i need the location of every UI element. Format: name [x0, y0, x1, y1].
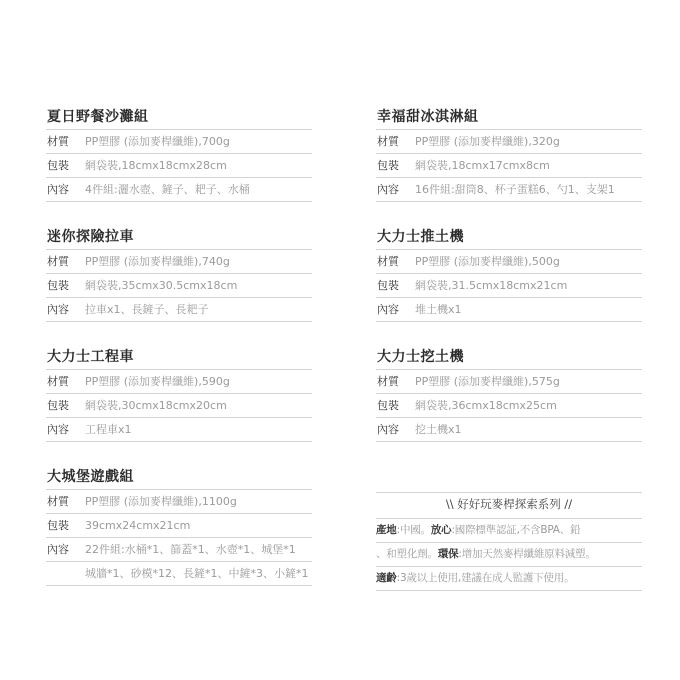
- product-title: 幸福甜冰淇淋組: [376, 108, 642, 126]
- origin-label: 產地: [376, 524, 397, 536]
- content-label: 內容: [46, 298, 85, 321]
- safe-value-cont: 、和塑化劑。: [376, 548, 438, 560]
- product-card-castle: 大城堡遊戲組 材質PP塑膠 (添加麥桿纖維),1100g 包裝39cmx24cm…: [46, 468, 312, 586]
- age-value: :3歲以上使用,建議在成人監護下使用。: [397, 572, 575, 584]
- package-row: 包裝網袋裝,36cmx18cmx25cm: [376, 393, 642, 417]
- content-value: 工程車x1: [85, 423, 132, 436]
- product-title: 大力士推土機: [376, 228, 642, 246]
- eco-label: 環保: [438, 548, 459, 560]
- product-card-ice-cream: 幸福甜冰淇淋組 材質PP塑膠 (添加麥桿纖維),320g 包裝網袋裝,18cmx…: [376, 108, 642, 202]
- package-label: 包裝: [46, 154, 85, 177]
- content-row: 內容4件組:灑水壺、鏟子、耙子、水桶: [46, 177, 312, 202]
- material-row: 材質PP塑膠 (添加麥桿纖維),740g: [46, 249, 312, 273]
- content-label: 內容: [376, 298, 415, 321]
- material-value: PP塑膠 (添加麥桿纖維),575g: [415, 375, 560, 388]
- package-value: 網袋裝,31.5cmx18cmx21cm: [415, 279, 567, 292]
- material-label: 材質: [46, 130, 85, 153]
- material-label: 材質: [376, 370, 415, 393]
- package-value: 網袋裝,18cmx17cmx8cm: [415, 159, 550, 172]
- product-title: 大力士工程車: [46, 348, 312, 366]
- content-row: 內容堆土機x1: [376, 297, 642, 322]
- product-title: 夏日野餐沙灘組: [46, 108, 312, 126]
- content-value: 挖土機x1: [415, 423, 462, 436]
- series-info: \\ 好好玩麥桿探索系列 // 產地:中國。放心:國際標準認証,不含BPA、鉛 …: [376, 492, 642, 591]
- eco-value: :增加天然麥桿纖維原料減塑。: [458, 548, 595, 560]
- material-value: PP塑膠 (添加麥桿纖維),500g: [415, 255, 560, 268]
- material-value: PP塑膠 (添加麥桿纖維),1100g: [85, 495, 237, 508]
- material-label: 材質: [376, 130, 415, 153]
- material-label: 材質: [46, 490, 85, 513]
- content-row: 內容工程車x1: [46, 417, 312, 442]
- material-row: 材質PP塑膠 (添加麥桿纖維),700g: [46, 129, 312, 153]
- material-label: 材質: [46, 370, 85, 393]
- content-label: 內容: [46, 418, 85, 441]
- content-value: 拉車x1、長鏟子、長耙子: [85, 303, 209, 316]
- content-row: 內容拉車x1、長鏟子、長耙子: [46, 297, 312, 322]
- material-label: 材質: [46, 250, 85, 273]
- package-label: 包裝: [46, 394, 85, 417]
- content-value: 4件組:灑水壺、鏟子、耙子、水桶: [85, 183, 250, 196]
- package-row: 包裝網袋裝,31.5cmx18cmx21cm: [376, 273, 642, 297]
- safe-value: :國際標準認証,不含BPA、鉛: [451, 524, 580, 536]
- content-label: 內容: [46, 178, 85, 201]
- package-value: 網袋裝,36cmx18cmx25cm: [415, 399, 557, 412]
- content-label: 內容: [376, 178, 415, 201]
- origin-row: 產地:中國。放心:國際標準認証,不含BPA、鉛: [376, 518, 642, 542]
- material-value: PP塑膠 (添加麥桿纖維),320g: [415, 135, 560, 148]
- package-value: 網袋裝,35cmx30.5cmx18cm: [85, 279, 237, 292]
- material-value: PP塑膠 (添加麥桿纖維),700g: [85, 135, 230, 148]
- material-row: 材質PP塑膠 (添加麥桿纖維),500g: [376, 249, 642, 273]
- material-label: 材質: [376, 250, 415, 273]
- age-row: 適齡:3歲以上使用,建議在成人監護下使用。: [376, 566, 642, 591]
- package-label: 包裝: [46, 514, 85, 537]
- material-row: 材質PP塑膠 (添加麥桿纖維),1100g: [46, 489, 312, 513]
- package-value: 網袋裝,30cmx18cmx20cm: [85, 399, 227, 412]
- package-value: 39cmx24cmx21cm: [85, 519, 190, 532]
- product-card-bulldozer: 大力士推土機 材質PP塑膠 (添加麥桿纖維),500g 包裝網袋裝,31.5cm…: [376, 228, 642, 322]
- package-label: 包裝: [376, 274, 415, 297]
- product-card-excavator: 大力士挖土機 材質PP塑膠 (添加麥桿纖維),575g 包裝網袋裝,36cmx1…: [376, 348, 642, 442]
- package-row: 包裝39cmx24cmx21cm: [46, 513, 312, 537]
- age-label: 適齡: [376, 572, 397, 584]
- origin-value: :中國。: [397, 524, 431, 536]
- content-label: 內容: [376, 418, 415, 441]
- product-card-summer-picnic: 夏日野餐沙灘組 材質PP塑膠 (添加麥桿纖維),700g 包裝網袋裝,18cmx…: [46, 108, 312, 202]
- package-row: 包裝網袋裝,35cmx30.5cmx18cm: [46, 273, 312, 297]
- product-card-truck: 大力士工程車 材質PP塑膠 (添加麥桿纖維),590g 包裝網袋裝,30cmx1…: [46, 348, 312, 442]
- safe-label: 放心: [431, 524, 452, 536]
- package-row: 包裝網袋裝,18cmx18cmx28cm: [46, 153, 312, 177]
- product-title: 迷你探險拉車: [46, 228, 312, 246]
- content-row: 內容16件組:甜筒8、杯子蛋糕6、勺1、支架1: [376, 177, 642, 202]
- material-row: 材質PP塑膠 (添加麥桿纖維),590g: [46, 369, 312, 393]
- material-value: PP塑膠 (添加麥桿纖維),740g: [85, 255, 230, 268]
- eco-row: 、和塑化劑。環保:增加天然麥桿纖維原料減塑。: [376, 542, 642, 566]
- package-label: 包裝: [376, 394, 415, 417]
- material-row: 材質PP塑膠 (添加麥桿纖維),575g: [376, 369, 642, 393]
- package-label: 包裝: [376, 154, 415, 177]
- package-label: 包裝: [46, 274, 85, 297]
- content-row: 內容挖土機x1: [376, 417, 642, 442]
- content-row: 內容22件組:水桶*1、篩蓋*1、水壺*1、城堡*1: [46, 537, 312, 561]
- content-row-continued: 城牆*1、砂模*12、長鏟*1、中鏟*3、小鏟*1: [46, 561, 312, 586]
- content-value: 16件組:甜筒8、杯子蛋糕6、勺1、支架1: [415, 183, 615, 196]
- content-value: 22件組:水桶*1、篩蓋*1、水壺*1、城堡*1: [85, 543, 296, 556]
- package-row: 包裝網袋裝,30cmx18cmx20cm: [46, 393, 312, 417]
- package-row: 包裝網袋裝,18cmx17cmx8cm: [376, 153, 642, 177]
- package-value: 網袋裝,18cmx18cmx28cm: [85, 159, 227, 172]
- series-heading: \\ 好好玩麥桿探索系列 //: [376, 492, 642, 515]
- product-title: 大力士挖土機: [376, 348, 642, 366]
- product-title: 大城堡遊戲組: [46, 468, 312, 486]
- product-card-wagon: 迷你探險拉車 材質PP塑膠 (添加麥桿纖維),740g 包裝網袋裝,35cmx3…: [46, 228, 312, 322]
- content-label: 內容: [46, 538, 85, 561]
- material-row: 材質PP塑膠 (添加麥桿纖維),320g: [376, 129, 642, 153]
- content-value: 堆土機x1: [415, 303, 462, 316]
- content-value-line2: 城牆*1、砂模*12、長鏟*1、中鏟*3、小鏟*1: [85, 567, 309, 580]
- material-value: PP塑膠 (添加麥桿纖維),590g: [85, 375, 230, 388]
